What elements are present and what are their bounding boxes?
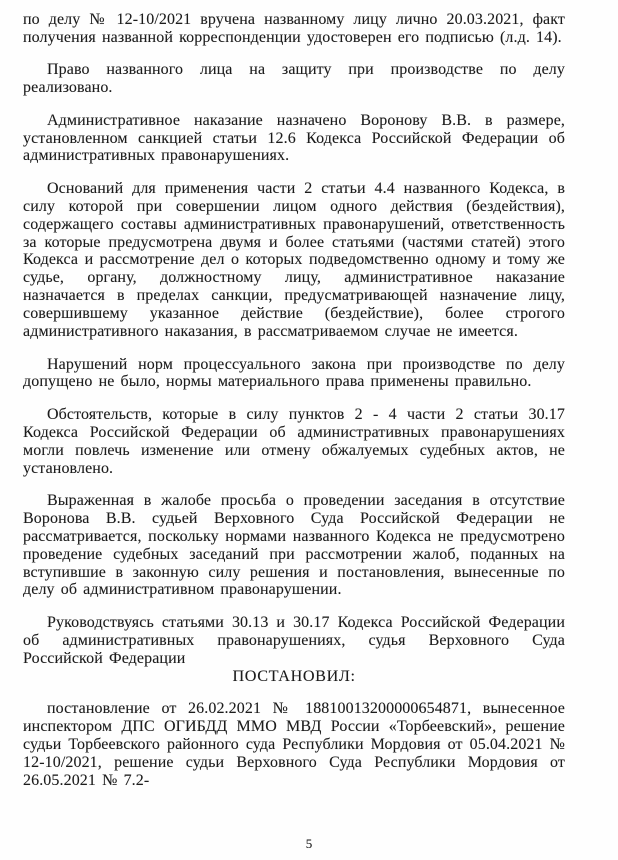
document-body: по делу № 12-10/2021 вручена названному … (23, 11, 565, 804)
paragraph-delivery-fact: по делу № 12-10/2021 вручена названному … (23, 11, 565, 47)
page-number: 5 (0, 836, 618, 851)
paragraph-hearing-request: Выраженная в жалобе просьба о проведении… (23, 492, 565, 599)
paragraph-resolution-body: постановление от 26.02.2021 № 1881001320… (23, 700, 565, 790)
paragraph-no-procedural-violations: Нарушений норм процессуального закона пр… (23, 356, 565, 392)
paragraph-right-to-defense: Право названного лица на защиту при прои… (23, 61, 565, 97)
paragraph-article-30-17-circumstances: Обстоятельств, которые в силу пунктов 2 … (23, 406, 565, 478)
paragraph-guided-by-articles: Руководствуясь статьями 30.13 и 30.17 Ко… (23, 614, 565, 668)
resolution-heading: ПОСТАНОВИЛ: (23, 668, 565, 686)
document-page: по делу № 12-10/2021 вручена названному … (0, 0, 618, 860)
paragraph-penalty-assigned: Административное наказание назначено Вор… (23, 112, 565, 166)
paragraph-article-4-4-grounds: Оснований для применения части 2 статьи … (23, 180, 565, 341)
